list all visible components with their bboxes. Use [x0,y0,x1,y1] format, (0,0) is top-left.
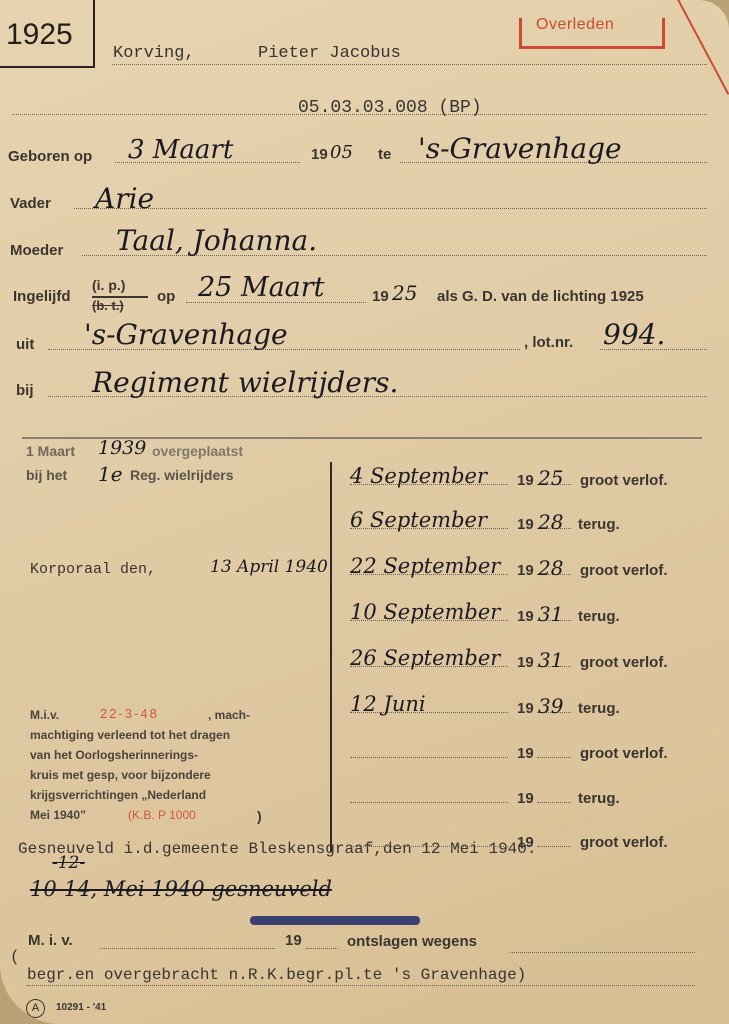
class-text: als G. D. van de lichting 1925 [437,288,644,305]
discharge-label: ontslagen wegens [347,933,477,950]
leave-year: 25 [538,466,563,490]
leave-year: 31 [538,648,563,672]
leave-status: groot verlof. [580,472,668,489]
leave-date: 26 September [350,646,500,670]
leave-year: 39 [538,694,563,718]
transfer-year: 1939 [98,437,146,459]
deceased-stamp: Overleden [519,18,665,49]
leave-status: terug. [578,700,620,717]
rank-korporaal: Korporaal den, [30,561,156,578]
fallen-statement: Gesneuveld i.d.gemeente Bleskensgraaf,de… [18,840,536,858]
red-pencil-mark [675,0,729,95]
father-name: Arie [95,182,154,215]
military-record-card: 1925 Overleden Korving, Pieter Jacobus 0… [0,0,729,1024]
born-date: 3 Maart [128,135,233,165]
father-label: Vader [10,195,51,212]
class-year-box: 1925 [0,0,95,68]
leave-status: groot verlof. [580,834,668,851]
leave-date: 12 Juni [350,692,426,716]
ink-blot [250,916,420,925]
mother-name: Taal, Johanna. [116,224,317,257]
decoration-date: 22-3-48 [100,706,159,721]
archive-reference: 05.03.03.008 (BP) [298,98,482,118]
leave-date: 4 September [350,464,487,488]
enlisted-year: 25 [392,281,417,305]
burial-note: begr.en overgebracht n.R.K.begr.pl.te 's… [27,966,526,984]
leave-status: terug. [578,608,620,625]
lot-number: 994. [603,318,665,351]
enlisted-label: Ingelijfd [13,288,71,305]
printer-logo-icon: A [26,999,45,1018]
leave-year: 31 [538,602,563,626]
surname: Korving, [113,44,195,63]
class-year: 1925 [6,18,73,52]
form-number: 10291 - '41 [56,1002,106,1013]
leave-status: groot verlof. [580,745,668,762]
born-place: 's-Gravenhage [418,132,622,165]
from-label: uit [16,336,34,353]
enlisted-date: 25 Maart [198,272,325,303]
leave-status: groot verlof. [580,562,668,579]
unit-name: Regiment wielrijders. [92,366,398,399]
leave-date: 10 September [350,600,500,624]
decoration-ref: (K.B. P 1000 [128,808,196,822]
rank-date: 13 April 1940 [210,557,328,577]
born-year: 05 [330,142,353,163]
struck-number: -12- [52,853,85,873]
from-place: 's-Gravenhage [84,318,288,351]
leave-status: terug. [578,516,620,533]
leave-date: 6 September [350,508,487,532]
unit-label: bij [16,382,34,399]
leave-year: 28 [538,556,563,580]
born-label: Geboren op [8,148,92,165]
struck-note: 10-14, Mei 1940 gesneuveld [30,877,332,901]
mother-label: Moeder [10,242,63,259]
leave-date: 22 September [350,554,500,578]
leave-year: 28 [538,510,563,534]
leave-status: groot verlof. [580,654,668,671]
given-names: Pieter Jacobus [258,44,401,63]
leave-status: terug. [578,790,620,807]
